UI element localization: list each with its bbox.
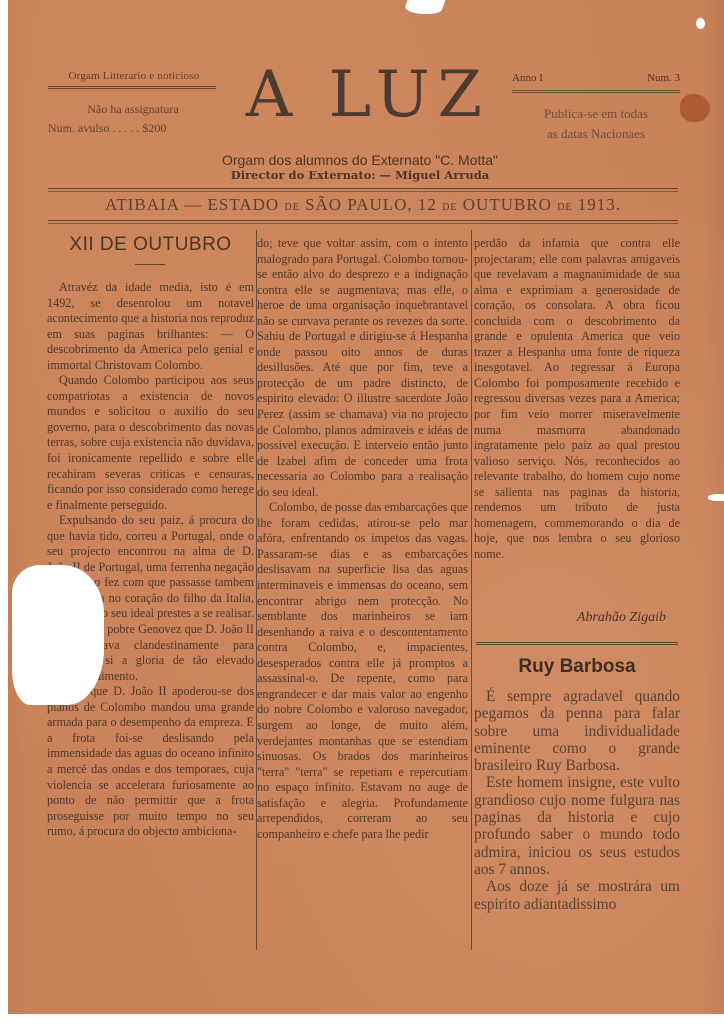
article-paragraph: do; teve que voltar assim, com o intento… (257, 236, 468, 500)
paper-tear (708, 494, 724, 501)
left-tagline: Orgam Litterario e noticioso (48, 70, 220, 82)
paper-hole (696, 18, 705, 29)
dateline-connector: DE (442, 202, 457, 213)
article-title: Ruy Barbosa (474, 656, 680, 678)
masthead-subtitle: Orgam dos alumnos do Externato "C. Motta… (140, 152, 580, 168)
article-column-1: Atravéz da idade media, isto é em 1492, … (47, 280, 254, 840)
header-rule (48, 188, 678, 189)
dateline-year: 1913. (578, 195, 621, 214)
article-paragraph: Atravéz da idade media, isto é em 1492, … (47, 280, 254, 373)
left-tagline-rule (48, 86, 216, 89)
masthead-director: Director do Externato: — Miguel Arruda (140, 168, 580, 182)
ink-stain (680, 94, 710, 122)
article-paragraph: Quando Colombo participou aos seus compa… (47, 373, 254, 513)
dateline-city: ATIBAIA (105, 195, 179, 214)
dateline-connector: DE (284, 202, 299, 213)
article-separator (476, 642, 678, 645)
masthead-title: A LUZ (238, 60, 498, 130)
issue-number: Num. 3 (647, 72, 680, 84)
column-divider (471, 230, 472, 950)
article-title-rule (135, 264, 165, 265)
article-paragraph: perdão da infamia que contra elle projec… (474, 236, 680, 562)
article-paragraph: Aos doze já se mostrára um espirito adia… (474, 878, 680, 913)
header-rule (48, 220, 678, 221)
issue-year: Anno I (512, 72, 543, 84)
article-column-3: perdão da infamia que contra elle projec… (474, 236, 680, 562)
single-issue-value: $200 (142, 121, 166, 135)
article-paragraph: Colombo, de posse das embarcações que lh… (257, 500, 468, 842)
article-2-body: É sempre agradavel quando pegamos da pen… (474, 688, 680, 913)
header-rule (48, 223, 678, 224)
single-issue-label: Num. avulso . . . . . (48, 121, 139, 135)
article-paragraph: Logo que D. João II apoderou-se dos plan… (47, 684, 254, 839)
article-paragraph: É sempre agradavel quando pegamos da pen… (474, 688, 680, 774)
dateline: ATIBAIA — ESTADO DE SÃO PAULO, 12 DE OUT… (48, 195, 678, 215)
dateline-state-prefix: — ESTADO (184, 195, 279, 214)
publication-note-line2: as datas Nacionaes (512, 124, 680, 144)
publication-note: Publica-se em todas as datas Nacionaes (512, 104, 680, 144)
paper-tear (12, 565, 104, 705)
single-issue-price: Num. avulso . . . . . $200 (48, 121, 218, 136)
article-paragraph: Este homem insigne, este vulto grandioso… (474, 774, 680, 878)
dateline-state-day: SÃO PAULO, 12 (305, 195, 437, 214)
article-author: Abrahão Zigaib (474, 610, 680, 626)
header-rule (48, 191, 678, 192)
dateline-connector: DE (557, 202, 572, 213)
article-column-2: do; teve que voltar assim, com o intento… (257, 236, 468, 842)
paper-tear (402, 0, 445, 14)
article-title: XII DE OUTUBRO (47, 234, 254, 256)
dateline-month: OUTUBRO (463, 195, 552, 214)
subscription-note: Não ha assignatura (50, 102, 216, 117)
publication-note-line1: Publica-se em todas (512, 104, 680, 124)
issue-info-rule (512, 90, 680, 93)
